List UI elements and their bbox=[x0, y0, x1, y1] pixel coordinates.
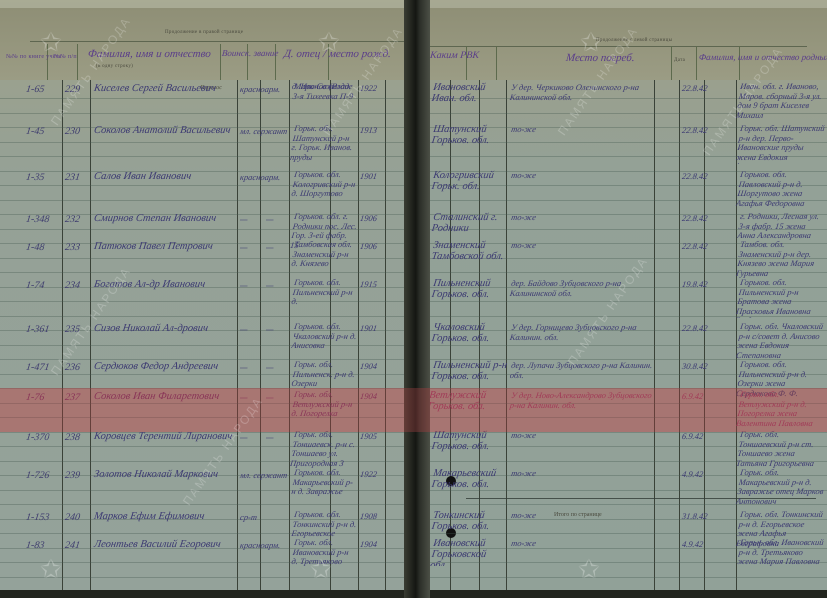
star-icon: ✩ bbox=[40, 28, 62, 58]
birthplace: Горьков. обл. Пильненский р-н д. bbox=[289, 278, 359, 318]
position: — bbox=[265, 281, 286, 291]
star-icon: ✩ bbox=[580, 28, 602, 58]
rank: красноарм. bbox=[239, 173, 288, 183]
col-header-draft-office: Каким РВК bbox=[429, 50, 479, 61]
book-number: 1-35 bbox=[25, 172, 45, 183]
draft-office: Ивановский Иван. обл. bbox=[430, 82, 508, 110]
birth-year: 1904 bbox=[359, 362, 377, 372]
birthplace: Горьк. обл. Ветлужский р-н д. Погорелка bbox=[289, 390, 359, 430]
book-number: 1-361 bbox=[25, 324, 50, 335]
relatives: Горьк. обл. Чкаловский р-н с/совет д. Ан… bbox=[735, 322, 827, 362]
date-of-death: 4.9.42 bbox=[681, 470, 704, 480]
top-caption: Продолжение в правой странице bbox=[165, 30, 243, 35]
draft-office: Шатунский Горьков. обл. bbox=[430, 124, 508, 152]
draft-office: Чкаловский Горьков. обл. bbox=[430, 322, 508, 350]
draft-office: Ивановский Горьковской обл. bbox=[430, 538, 508, 566]
date-of-death: 31.8.42 bbox=[681, 512, 708, 522]
book-number: 1-74 bbox=[25, 280, 45, 291]
person-name: Смирнов Степан Иванович bbox=[93, 213, 235, 224]
book-gutter bbox=[404, 0, 430, 598]
col-header-rank: Воинск. звание bbox=[221, 48, 279, 58]
row-number: 241 bbox=[64, 540, 81, 551]
birth-year: 1922 bbox=[359, 470, 377, 480]
relatives: Горьков. обл. Павловский р-н д. Шоргутов… bbox=[735, 170, 827, 210]
left-table: Перенос д. Иванов (Влад. 1-65229Киселев … bbox=[0, 80, 408, 590]
header-rule bbox=[30, 41, 408, 42]
book-number: 1-45 bbox=[25, 126, 45, 137]
draft-office: Пильненский Горьков. обл. bbox=[430, 278, 508, 306]
book-number: 1-76 bbox=[25, 392, 45, 403]
birth-year: 1913 bbox=[359, 126, 377, 136]
date-of-death: 4.9.42 bbox=[681, 540, 704, 550]
row-number: 231 bbox=[64, 172, 81, 183]
book-number: 1-65 bbox=[25, 84, 45, 95]
draft-office: Макарьевский Горьков. обл. bbox=[430, 468, 508, 496]
header-divider bbox=[496, 46, 497, 80]
person-name: Соколов Иван Филаретович bbox=[93, 391, 235, 402]
row-number: 240 bbox=[64, 512, 81, 523]
row-number: 232 bbox=[64, 214, 81, 225]
relatives: Тамбов. обл. Знаменский р-н дер. Князево… bbox=[735, 240, 827, 280]
person-name: Леонтьев Василий Егорович bbox=[93, 539, 235, 550]
rank: красноарм. bbox=[239, 85, 288, 95]
birth-year: 1904 bbox=[359, 540, 377, 550]
draft-office: Знаменский Тамбовской обл. bbox=[430, 240, 508, 268]
left-page: Продолжение в правой странице №№ по книг… bbox=[0, 0, 408, 590]
position: — bbox=[265, 363, 286, 373]
book-number: 1-48 bbox=[25, 242, 45, 253]
birth-year: 1901 bbox=[359, 324, 377, 334]
birthplace: Горьков. обл. Кологривский р-н д. Шоргут… bbox=[289, 170, 359, 210]
star-icon: ✩ bbox=[318, 28, 340, 58]
position: — bbox=[265, 393, 286, 403]
rank: мл. сержант bbox=[239, 127, 288, 137]
birth-year: 1904 bbox=[359, 392, 377, 402]
book-number: 1-153 bbox=[25, 512, 50, 523]
star-icon: ✩ bbox=[578, 555, 600, 585]
draft-office: Кологривский Горьк. обл. bbox=[430, 170, 508, 198]
birth-year: 1906 bbox=[359, 242, 377, 252]
position: — bbox=[265, 243, 286, 253]
date-of-death: 22.8.42 bbox=[681, 242, 708, 252]
star-icon: ✩ bbox=[310, 555, 332, 585]
person-name: Патюков Павел Петрович bbox=[93, 241, 235, 252]
person-name: Сизов Николай Ал-дрович bbox=[93, 323, 235, 334]
header-divider bbox=[696, 46, 697, 80]
birth-year: 1906 bbox=[359, 214, 377, 224]
row-number: 233 bbox=[64, 242, 81, 253]
position: — bbox=[265, 325, 286, 335]
position: — bbox=[265, 215, 286, 225]
person-name: Салов Иван Иванович bbox=[93, 171, 235, 182]
burial-place: У дер. Ново-Александрово Зубцовского р-н… bbox=[508, 391, 654, 417]
date-of-death: 22.8.42 bbox=[681, 126, 708, 136]
rank: красноарм. bbox=[239, 541, 288, 551]
row-number: 234 bbox=[64, 280, 81, 291]
date-of-death: 22.8.42 bbox=[681, 84, 708, 94]
birth-year: 1915 bbox=[359, 280, 377, 290]
header-divider bbox=[77, 44, 78, 80]
date-of-death: 22.8.42 bbox=[681, 172, 708, 182]
birth-year: 1908 bbox=[359, 512, 377, 522]
book-number: 1-726 bbox=[25, 470, 50, 481]
burial-place: то-же bbox=[508, 511, 654, 537]
burial-place: то-же bbox=[508, 213, 654, 239]
birthplace: Горьков. обл. Макарьевский р-н д. Завраж… bbox=[289, 468, 359, 508]
relatives: Горьк. обл. Шатунский р-н дер. Перво-Ива… bbox=[735, 124, 827, 164]
burial-place: то-же bbox=[508, 171, 654, 197]
row-number: 237 bbox=[64, 392, 81, 403]
person-name: Киселев Сергей Васильевич bbox=[93, 83, 235, 94]
relatives: Горьк. обл. Макарьевский р-н д. Завражье… bbox=[735, 468, 827, 508]
relatives: Горьк. обл. Ветлужский р-н д. Погорелка … bbox=[735, 390, 827, 430]
birth-year: 1905 bbox=[359, 432, 377, 442]
date-of-death: 19.8.42 bbox=[681, 280, 708, 290]
birthplace: Горьк. обл. Тоншаевск. р-н с. Тоншаево у… bbox=[289, 430, 359, 470]
person-name: Марков Ефим Ефимович bbox=[93, 511, 235, 522]
burial-place: то-же bbox=[508, 125, 654, 151]
person-name: Сердюков Федор Андреевич bbox=[93, 361, 235, 372]
burial-place: то-же bbox=[508, 431, 654, 457]
right-table: Итого по странице Ивановский Иван. обл.У… bbox=[426, 80, 827, 590]
draft-office: Тонкинский Горьков. обл. bbox=[430, 510, 508, 538]
birthplace: Горьков. обл. Чкаловский р-н д. Анисовка bbox=[289, 322, 359, 362]
ledger-spread: Продолжение в правой странице №№ по книг… bbox=[0, 0, 827, 598]
star-icon: ✩ bbox=[40, 555, 62, 585]
date-of-death: 30.8.42 bbox=[681, 362, 708, 372]
birth-year: 1901 bbox=[359, 172, 377, 182]
header-divider bbox=[671, 46, 672, 80]
date-of-death: 22.8.42 bbox=[681, 324, 708, 334]
row-number: 230 bbox=[64, 126, 81, 137]
book-number: 1-348 bbox=[25, 214, 50, 225]
rank: мл. сержант bbox=[239, 471, 288, 481]
row-number: 238 bbox=[64, 432, 81, 443]
date-of-death: 6.9.42 bbox=[681, 432, 704, 442]
date-of-death: 6.9.42 bbox=[681, 392, 704, 402]
row-number: 239 bbox=[64, 470, 81, 481]
relatives: Горьк. обл. Ивановский р-н д. Третьяково… bbox=[735, 538, 827, 578]
relatives: Горьк. обл. Тоншаевский р-н ст. Тоншаево… bbox=[735, 430, 827, 470]
draft-office: Шатунский Горьков. обл. bbox=[430, 430, 508, 458]
book-number: 1-471 bbox=[25, 362, 50, 373]
date-of-death: 22.8.42 bbox=[681, 214, 708, 224]
burial-place: то-же bbox=[508, 469, 654, 495]
draft-office: Пильненский р-н Горьков. обл. bbox=[430, 360, 508, 388]
header-divider bbox=[220, 44, 221, 80]
person-name: Соколов Анатолий Васильевич bbox=[93, 125, 235, 136]
relatives: Горьков. обл. Пильненский р-н Братова же… bbox=[735, 278, 827, 318]
book-number: 1-83 bbox=[25, 540, 45, 551]
person-name: Коровцев Терентий Лиранович bbox=[93, 431, 235, 442]
book-number: 1-370 bbox=[25, 432, 50, 443]
rank: ср-т bbox=[239, 513, 288, 523]
burial-place: дер. Лупачи Зубцовского р-на Калинин. об… bbox=[508, 361, 654, 387]
birthplace: Тамбовская обл. Знаменский р-н д. Князев… bbox=[289, 240, 359, 280]
col-header-date: Дата bbox=[674, 58, 685, 63]
draft-office: Ветлужский Горьков. обл. bbox=[426, 390, 504, 418]
draft-office: Сталинский г. Родники bbox=[430, 212, 508, 240]
position: — bbox=[265, 433, 286, 443]
